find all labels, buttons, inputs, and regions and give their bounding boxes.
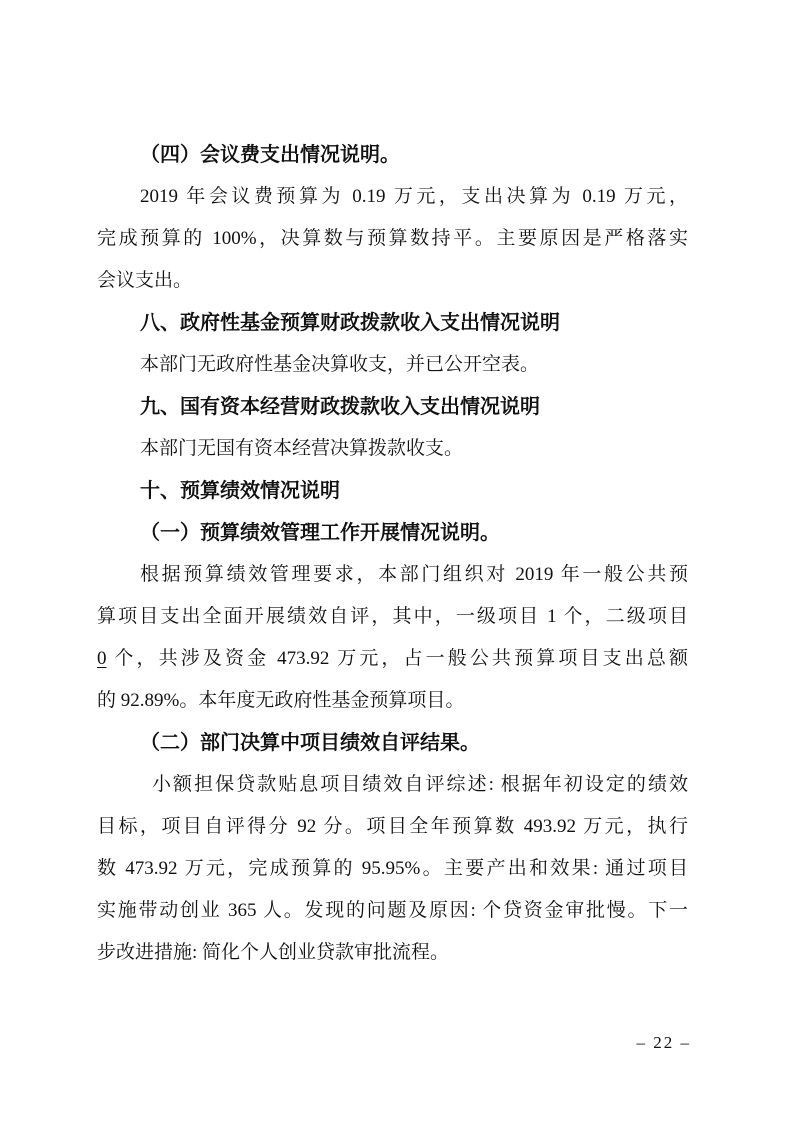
page-number: – 22 – (637, 1032, 692, 1054)
para-meeting-fee-line2: 完成预算的 100%，决算数与预算数持平。主要原因是严格落实 (97, 218, 688, 260)
heading-si-meeting-fee: （四）会议费支出情况说明。 (97, 134, 688, 176)
para-perf-mgmt-line2: 算项目支出全面开展绩效自评，其中，一级项目 1 个，二级项目 (97, 596, 688, 638)
heading-jiu-state-capital: 九、国有资本经营财政拨款收入支出情况说明 (97, 386, 688, 428)
heading-shi-performance: 十、预算绩效情况说明 (97, 470, 688, 512)
para-meeting-fee-line1: 2019 年会议费预算为 0.19 万元，支出决算为 0.19 万元， (97, 176, 688, 218)
para-perf-mgmt-line1: 根据预算绩效管理要求，本部门组织对 2019 年一般公共预 (97, 554, 688, 596)
para-meeting-fee-line3: 会议支出。 (97, 260, 688, 302)
document-page: （四）会议费支出情况说明。2019 年会议费预算为 0.19 万元，支出决算为 … (0, 0, 793, 1122)
para-state-capital: 本部门无国有资本经营决算拨款收支。 (97, 428, 688, 470)
para-self-eval-line4: 实施带动创业 365 人。发现的问题及原因: 个贷资金审批慢。下一 (97, 890, 688, 932)
para-perf-mgmt-line3: 0 个，共涉及资金 473.92 万元，占一般公共预算项目支出总额 (97, 638, 688, 680)
heading-yi-perf-mgmt: （一）预算绩效管理工作开展情况说明。 (97, 512, 688, 554)
para-self-eval-line5: 步改进措施: 简化个人创业贷款审批流程。 (97, 932, 688, 974)
para-perf-mgmt-line4: 的 92.89%。本年度无政府性基金预算项目。 (97, 680, 688, 722)
document-body: （四）会议费支出情况说明。2019 年会议费预算为 0.19 万元，支出决算为 … (97, 134, 688, 974)
heading-ba-gov-fund: 八、政府性基金预算财政拨款收入支出情况说明 (97, 302, 688, 344)
para-self-eval-line2: 目标，项目自评得分 92 分。项目全年预算数 493.92 万元，执行 (97, 806, 688, 848)
para-self-eval-line3: 数 473.92 万元，完成预算的 95.95%。主要产出和效果: 通过项目 (97, 848, 688, 890)
para-self-eval-line1: 小额担保贷款贴息项目绩效自评综述: 根据年初设定的绩效 (97, 764, 688, 806)
heading-er-self-eval: （二）部门决算中项目绩效自评结果。 (97, 722, 688, 764)
para-gov-fund: 本部门无政府性基金决算收支，并已公开空表。 (97, 344, 688, 386)
underlined-number: 0 (97, 648, 107, 669)
